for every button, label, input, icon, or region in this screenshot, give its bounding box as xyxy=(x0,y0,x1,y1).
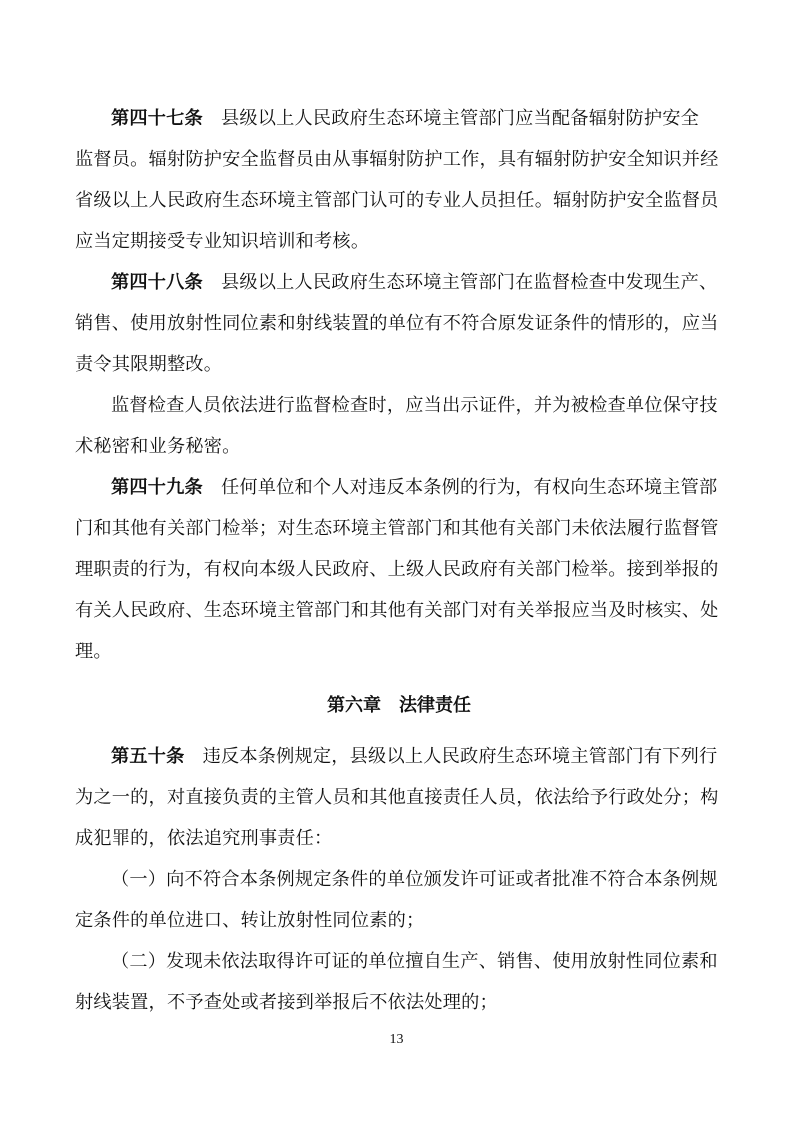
article-number: 第四十七条 xyxy=(111,108,203,129)
article-number: 第四十九条 xyxy=(111,477,203,498)
chapter-title: 法律责任 xyxy=(399,695,471,716)
page-number: 13 xyxy=(0,1032,793,1048)
paragraph-text: 术秘密和业务秘密。 xyxy=(75,426,723,467)
article-text: 违反本条例规定，县级以上人民政府生态环境主管部门有下列行 xyxy=(203,746,718,767)
article-48: 第四十八条县级以上人民政府生态环境主管部门在监督检查中发现生产、 销售、使用放射… xyxy=(75,262,723,467)
list-item-text: （二）发现未依法取得许可证的单位擅自生产、销售、使用放射性同位素和 xyxy=(75,941,723,982)
list-item: （一）向不符合本条例规定条件的单位颁发许可证或者批准不符合本条例规 定条件的单位… xyxy=(75,859,723,941)
article-text: 成犯罪的，依法追究刑事责任： xyxy=(75,818,723,859)
article-first-line: 第四十八条县级以上人民政府生态环境主管部门在监督检查中发现生产、 xyxy=(75,262,723,303)
article-text: 责令其限期整改。 xyxy=(75,344,723,385)
article-text: 省级以上人民政府生态环境主管部门认可的专业人员担任。辐射防护安全监督员 xyxy=(75,180,723,221)
article-first-line: 第四十九条任何单位和个人对违反本条例的行为，有权向生态环境主管部 xyxy=(75,467,723,508)
chapter-heading: 第六章法律责任 xyxy=(75,684,723,728)
article-text: 县级以上人民政府生态环境主管部门在监督检查中发现生产、 xyxy=(221,272,717,293)
article-text: 监督员。辐射防护安全监督员由从事辐射防护工作，具有辐射防护安全知识并经 xyxy=(75,139,723,180)
article-50: 第五十条违反本条例规定，县级以上人民政府生态环境主管部门有下列行 为之一的，对直… xyxy=(75,736,723,1023)
article-text: 任何单位和个人对违反本条例的行为，有权向生态环境主管部 xyxy=(221,477,717,498)
list-item-text: 射线装置，不予查处或者接到举报后不依法处理的； xyxy=(75,982,723,1023)
article-number: 第四十八条 xyxy=(111,272,203,293)
article-text: 理。 xyxy=(75,631,723,672)
article-first-line: 第五十条违反本条例规定，县级以上人民政府生态环境主管部门有下列行 xyxy=(75,736,723,777)
article-text: 为之一的，对直接负责的主管人员和其他直接责任人员，依法给予行政处分；构 xyxy=(75,777,723,818)
article-text: 有关人民政府、生态环境主管部门和其他有关部门对有关举报应当及时核实、处 xyxy=(75,590,723,631)
article-47: 第四十七条县级以上人民政府生态环境主管部门应当配备辐射防护安全 监督员。辐射防护… xyxy=(75,98,723,262)
article-text: 理职责的行为，有权向本级人民政府、上级人民政府有关部门检举。接到举报的 xyxy=(75,549,723,590)
list-item-text: （一）向不符合本条例规定条件的单位颁发许可证或者批准不符合本条例规 xyxy=(75,859,723,900)
paragraph-text: 监督检查人员依法进行监督检查时，应当出示证件，并为被检查单位保守技 xyxy=(75,385,723,426)
article-first-line: 第四十七条县级以上人民政府生态环境主管部门应当配备辐射防护安全 xyxy=(75,98,723,139)
article-text: 县级以上人民政府生态环境主管部门应当配备辐射防护安全 xyxy=(221,108,699,129)
list-item: （二）发现未依法取得许可证的单位擅自生产、销售、使用放射性同位素和 射线装置，不… xyxy=(75,941,723,1023)
article-number: 第五十条 xyxy=(111,746,185,767)
document-page: 第四十七条县级以上人民政府生态环境主管部门应当配备辐射防护安全 监督员。辐射防护… xyxy=(75,98,723,1023)
chapter-number: 第六章 xyxy=(327,695,381,716)
list-item-text: 定条件的单位进口、转让放射性同位素的； xyxy=(75,900,723,941)
article-text: 销售、使用放射性同位素和射线装置的单位有不符合原发证条件的情形的，应当 xyxy=(75,303,723,344)
article-49: 第四十九条任何单位和个人对违反本条例的行为，有权向生态环境主管部 门和其他有关部… xyxy=(75,467,723,672)
article-text: 应当定期接受专业知识培训和考核。 xyxy=(75,221,723,262)
article-text: 门和其他有关部门检举；对生态环境主管部门和其他有关部门未依法履行监督管 xyxy=(75,508,723,549)
